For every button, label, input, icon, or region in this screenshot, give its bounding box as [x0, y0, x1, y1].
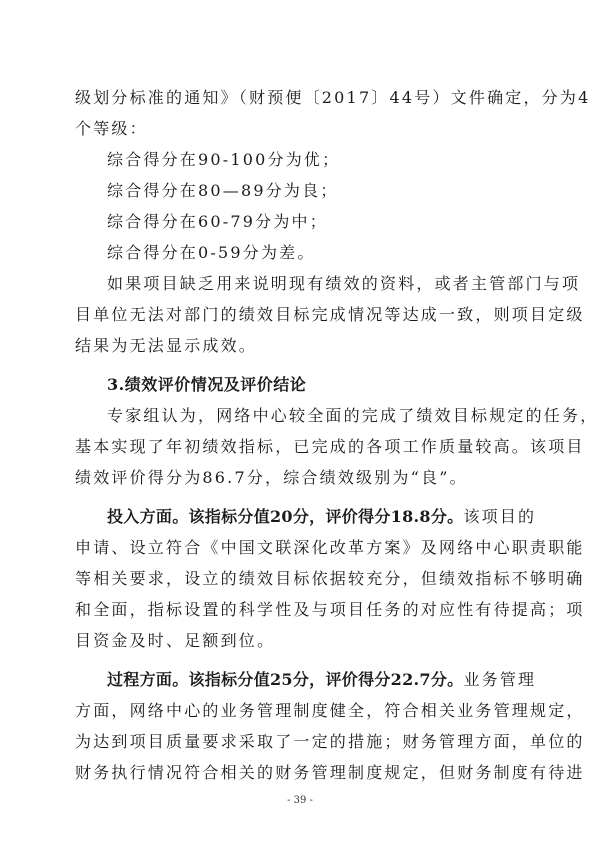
text-line: 个等级：	[75, 113, 535, 144]
page-number: - 39 -	[0, 795, 600, 806]
grade-item-good: 综合得分在80—89分为良；	[75, 175, 535, 206]
input-aspect-first-line: 投入方面。该指标分值20分，评价得分18.8分。该项目的	[75, 501, 535, 532]
text-line: 和全面，指标设置的科学性及与项目任务的对应性有待提高；项	[75, 594, 535, 625]
text-line: 专家组认为，网络中心较全面的完成了绩效目标规定的任务，	[75, 400, 535, 431]
text-line: 财务执行情况符合相关的财务管理制度规定，但财务制度有待进	[75, 757, 535, 788]
document-page: 级划分标准的通知》（财预便〔2017〕44号）文件确定，分为4 个等级： 综合得…	[75, 82, 535, 788]
process-aspect-first-line: 过程方面。该指标分值25分，评价得分22.7分。业务管理	[75, 664, 535, 695]
grade-item-excellent: 综合得分在90-100分为优；	[75, 144, 535, 175]
text-line: 绩效评价得分为86.7分，综合绩效级别为“良”。	[75, 462, 535, 493]
text-line: 申请、设立符合《中国文联深化改革方案》及网络中心职责职能	[75, 532, 535, 563]
section-heading: 3.绩效评价情况及评价结论	[75, 369, 535, 400]
text-line: 级划分标准的通知》（财预便〔2017〕44号）文件确定，分为4	[75, 82, 535, 113]
text-fragment: 业务管理	[463, 670, 536, 689]
input-aspect-lead: 投入方面。该指标分值20分，评价得分18.8分。	[107, 507, 463, 526]
text-line: 等相关要求，设立的绩效目标依据较充分，但绩效指标不够明确	[75, 563, 535, 594]
process-aspect-lead: 过程方面。该指标分值25分，评价得分22.7分。	[107, 670, 463, 689]
text-line: 方面，网络中心的业务管理制度健全，符合相关业务管理规定，	[75, 695, 535, 726]
grade-item-poor: 综合得分在0-59分为差。	[75, 237, 535, 268]
text-line: 基本实现了年初绩效指标，已完成的各项工作质量较高。该项目	[75, 431, 535, 462]
text-line: 如果项目缺乏用来说明现有绩效的资料，或者主管部门与项	[75, 268, 535, 299]
text-line: 目单位无法对部门的绩效目标完成情况等达成一致，则项目定级	[75, 299, 535, 330]
text-line: 目资金及时、足额到位。	[75, 625, 535, 656]
text-fragment: 该项目的	[463, 507, 536, 526]
text-line: 为达到项目质量要求采取了一定的措施；财务管理方面，单位的	[75, 726, 535, 757]
text-line: 结果为无法显示成效。	[75, 330, 535, 361]
grade-item-medium: 综合得分在60-79分为中；	[75, 206, 535, 237]
